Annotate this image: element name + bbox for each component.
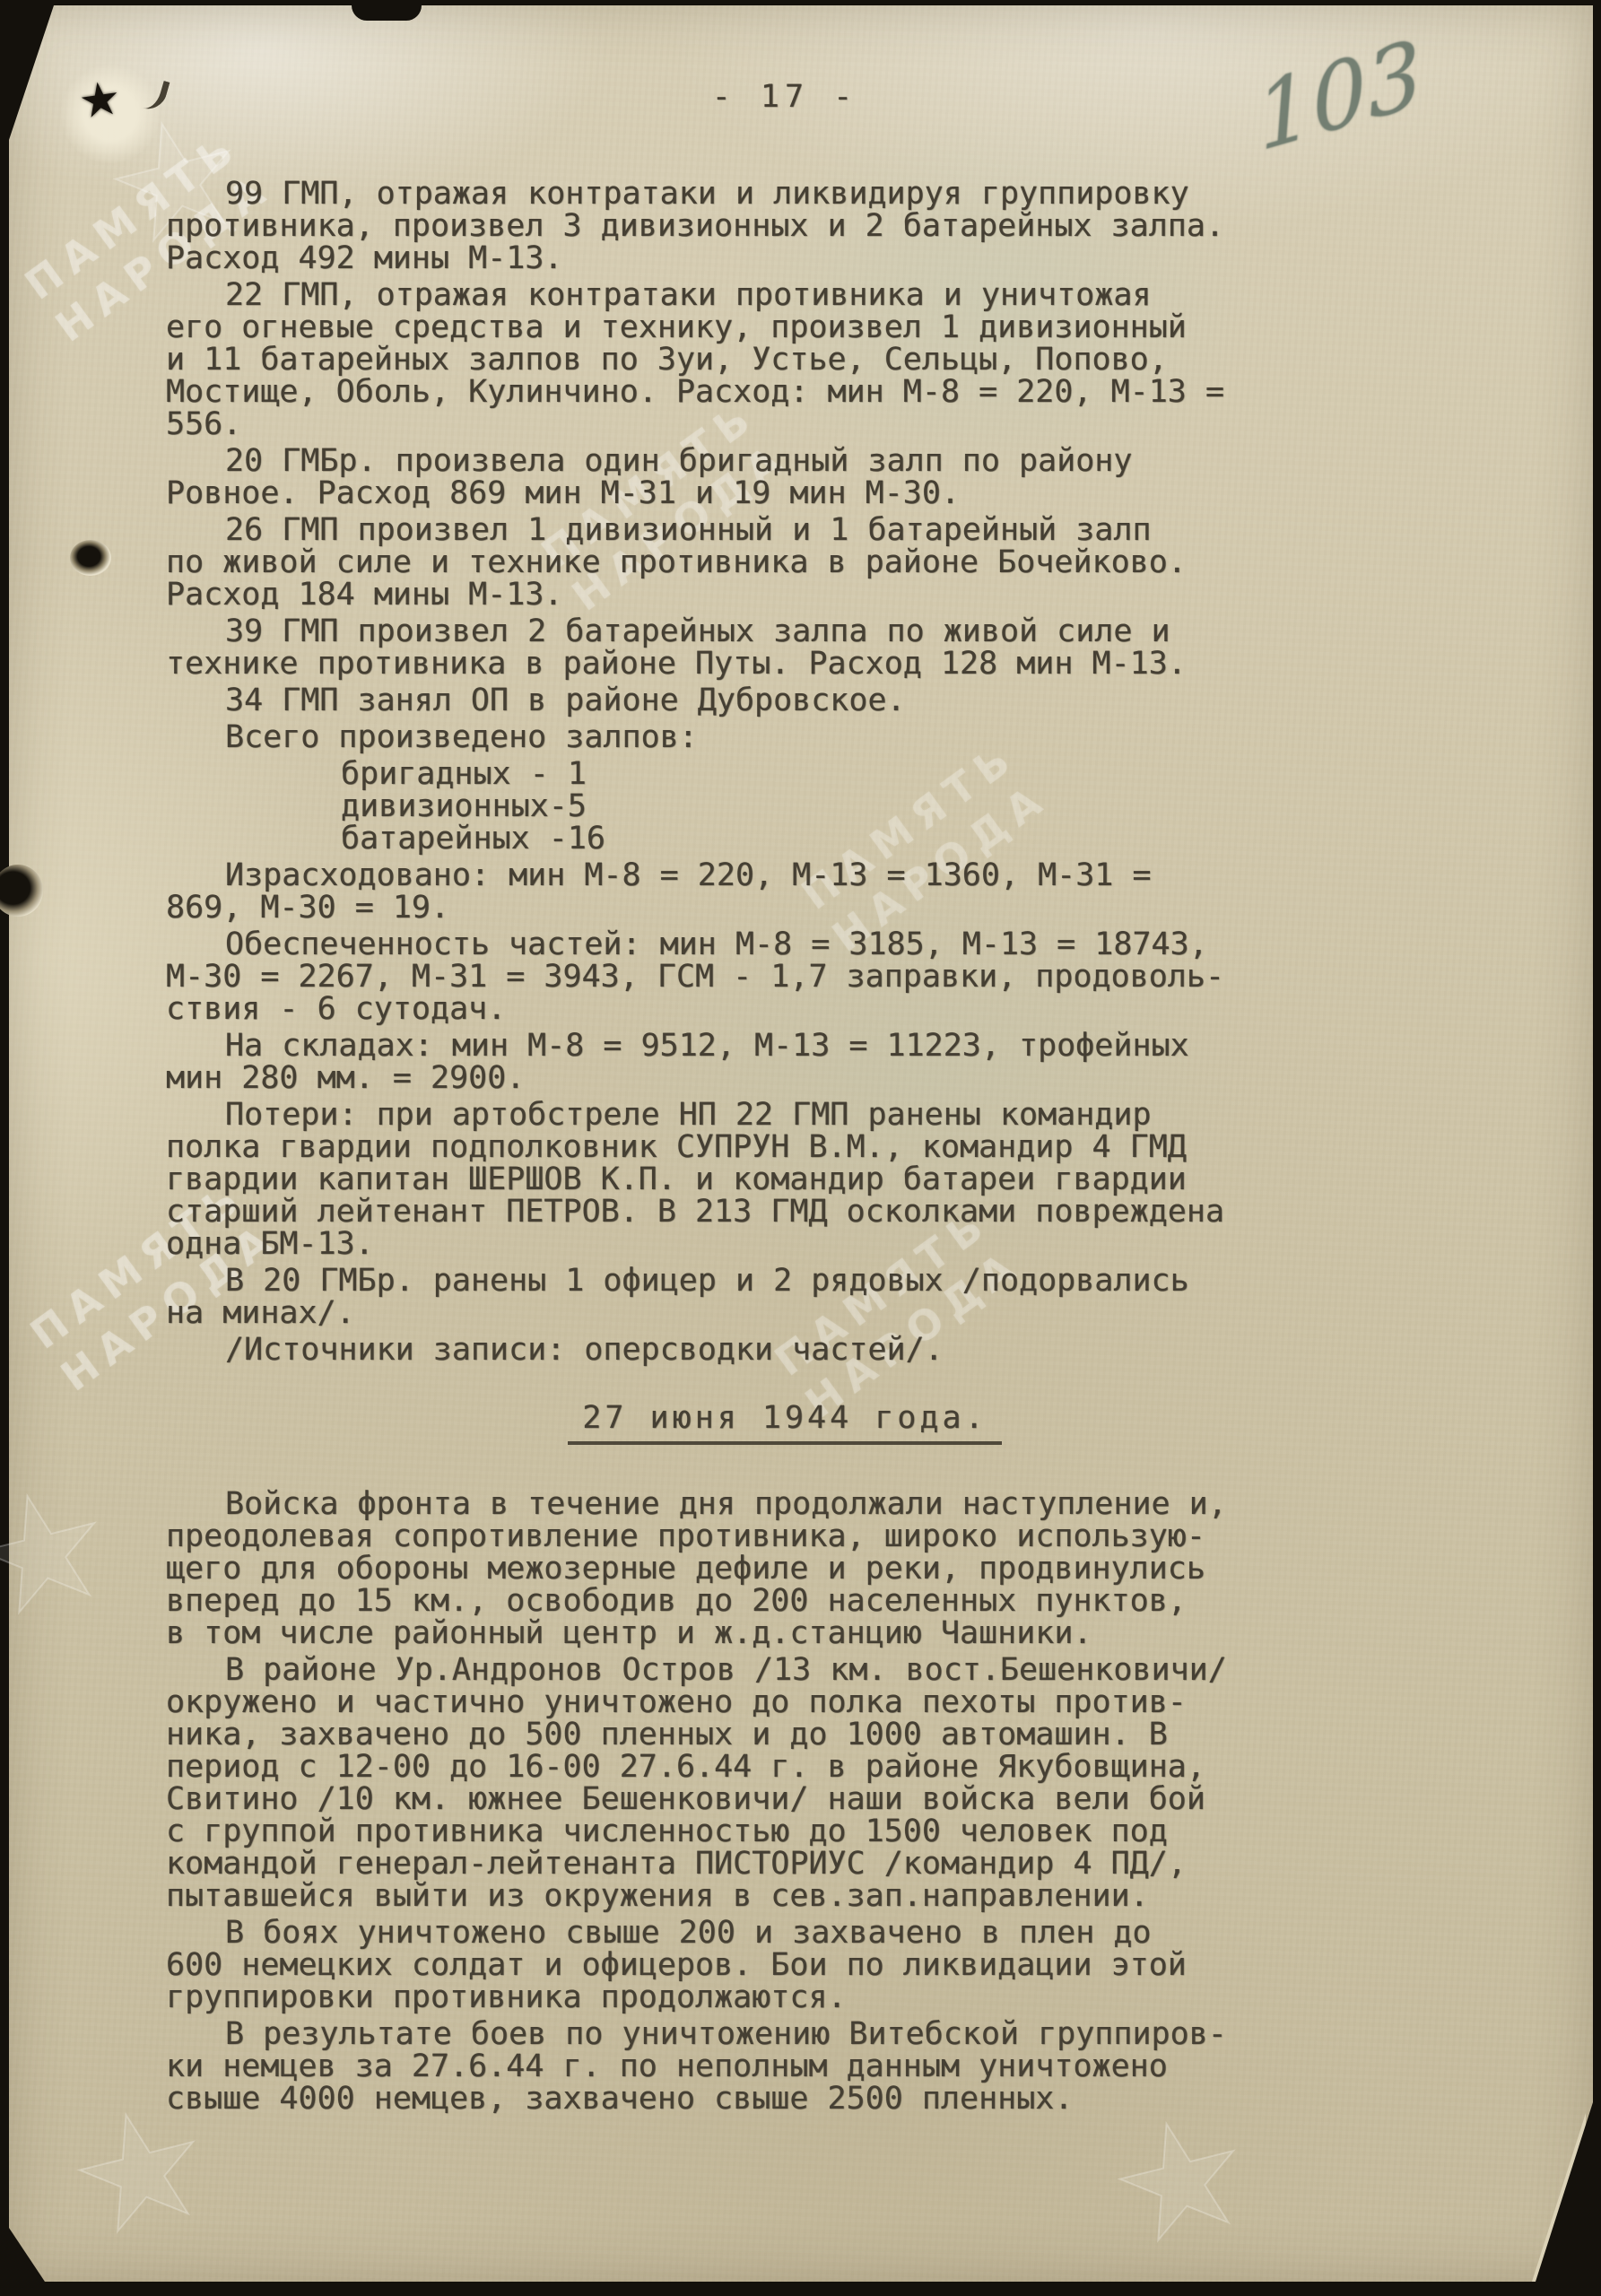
paragraph: Обеспеченность частей: мин М-8 = 3185, М… <box>166 928 1404 1025</box>
text-line: на минах/. <box>166 1297 1404 1329</box>
text-line: 99 ГМП, отражая контратаки и ликвидируя … <box>166 178 1404 210</box>
text-line: гвардии капитан ШЕРШОВ К.П. и командир б… <box>166 1163 1404 1196</box>
text-line: противника, произвел 3 дивизионных и 2 б… <box>166 210 1404 242</box>
paragraph: В 20 ГМБр. ранены 1 офицер и 2 рядовых /… <box>166 1265 1404 1329</box>
star-punch-hole-icon: ★ <box>76 74 124 126</box>
salvo-totals-list: бригадных - 1дивизионных-5батарейных -16 <box>166 758 1404 855</box>
text-line: вперед до 15 км., освободив до 200 насел… <box>166 1585 1404 1617</box>
text-line: мин 280 мм. = 2900. <box>166 1062 1404 1094</box>
paragraph: 99 ГМП, отражая контратаки и ликвидируя … <box>166 178 1404 274</box>
paragraph: В результате боев по уничтожению Витебск… <box>166 2018 1404 2115</box>
paragraph: /Источники записи: оперсводки частей/. <box>166 1334 1404 1366</box>
text-line: На складах: мин М-8 = 9512, М-13 = 11223… <box>166 1030 1404 1062</box>
text-line: старший лейтенант ПЕТРОВ. В 213 ГМД оско… <box>166 1196 1404 1228</box>
text-line: щего для обороны межозерные дефиле и рек… <box>166 1552 1404 1585</box>
paragraph: Всего произведено залпов: <box>166 721 1404 753</box>
edge-punch-hole <box>0 865 43 917</box>
text-line: командой генерал-лейтенанта ПИСТОРИУС /к… <box>166 1848 1404 1880</box>
page-number: - 17 - <box>166 81 1404 113</box>
text-line: ки немцев за 27.6.44 г. по неполным данн… <box>166 2050 1404 2083</box>
text-line: полка гвардии подполковник СУПРУН В.М., … <box>166 1131 1404 1163</box>
text-line: М-30 = 2267, М-31 = 3943, ГСМ - 1,7 запр… <box>166 961 1404 993</box>
text-line: 869, М-30 = 19. <box>166 891 1404 924</box>
text-line: 556. <box>166 408 1404 440</box>
paragraph: В боях уничтожено свыше 200 и захвачено … <box>166 1917 1404 2013</box>
text-line: окружено и частично уничтожено до полка … <box>166 1686 1404 1718</box>
text-line: с группой противника численностью до 150… <box>166 1815 1404 1848</box>
text-line: бригадных - 1 <box>341 758 1404 790</box>
text-line: Потери: при артобстреле НП 22 ГМП ранены… <box>166 1099 1404 1131</box>
text-line: период с 12-00 до 16-00 27.6.44 г. в рай… <box>166 1751 1404 1783</box>
paper-edge-notch <box>352 5 422 21</box>
text-line: технике противника в районе Путы. Расход… <box>166 648 1404 680</box>
text-line: в том числе районный центр и ж.д.станцию… <box>166 1617 1404 1649</box>
text-line: 26 ГМП произвел 1 дивизионный и 1 батаре… <box>166 514 1404 546</box>
paragraph: 22 ГМП, отражая контратаки противника и … <box>166 279 1404 440</box>
paragraph: 20 ГМБр. произвела один бригадный залп п… <box>166 445 1404 509</box>
text-line: 20 ГМБр. произвела один бригадный залп п… <box>166 445 1404 477</box>
paragraph: Потери: при артобстреле НП 22 ГМП ранены… <box>166 1099 1404 1260</box>
corner-fold <box>9 2228 45 2282</box>
paper-sheet: ПАМЯТЬ НАРОДА ПАМЯТЬ НАРОДА ПАМЯТЬ НАРОД… <box>9 5 1593 2282</box>
text-line: /Источники записи: оперсводки частей/. <box>166 1334 1404 1366</box>
text-line: Всего произведено залпов: <box>166 721 1404 753</box>
text-line: группировки противника продолжаются. <box>166 1981 1404 2013</box>
text-line: одна БМ-13. <box>166 1228 1404 1260</box>
text-line: В результате боев по уничтожению Витебск… <box>166 2018 1404 2050</box>
text-line: Расход 184 мины М-13. <box>166 578 1404 611</box>
text-line: Ровное. Расход 869 мин М-31 и 19 мин М-3… <box>166 477 1404 509</box>
paragraph: На складах: мин М-8 = 9512, М-13 = 11223… <box>166 1030 1404 1094</box>
text-line: 22 ГМП, отражая контратаки противника и … <box>166 279 1404 311</box>
text-line: 39 ГМП произвел 2 батарейных залпа по жи… <box>166 615 1404 648</box>
text-line: В боях уничтожено свыше 200 и захвачено … <box>166 1917 1404 1949</box>
text-line: по живой силе и технике противника в рай… <box>166 546 1404 578</box>
text-line: преодолевая сопротивление противника, ши… <box>166 1520 1404 1552</box>
text-line: 600 немецких солдат и офицеров. Бои по л… <box>166 1949 1404 1981</box>
paragraph: 39 ГМП произвел 2 батарейных залпа по жи… <box>166 615 1404 680</box>
text-line: батарейных -16 <box>341 822 1404 855</box>
scanned-archive-page: { "header": { "page_number": "- 17 -", "… <box>0 0 1601 2296</box>
typewritten-text: - 17 - 99 ГМП, отражая контратаки и ликв… <box>166 81 1404 2119</box>
text-line: В 20 ГМБр. ранены 1 офицер и 2 рядовых /… <box>166 1265 1404 1297</box>
text-line: дивизионных-5 <box>341 790 1404 822</box>
date-heading-row: 27 июня 1944 года. <box>166 1402 1404 1445</box>
text-line: Свитино /10 км. южнее Бешенковичи/ наши … <box>166 1783 1404 1815</box>
paragraph: Войска фронта в течение дня продолжали н… <box>166 1488 1404 1649</box>
text-line: ника, захвачено до 500 пленных и до 1000… <box>166 1718 1404 1751</box>
text-line: его огневые средства и технику, произвел… <box>166 311 1404 344</box>
paragraph: 26 ГМП произвел 1 дивизионный и 1 батаре… <box>166 514 1404 611</box>
scan-edge-corner <box>9 5 54 140</box>
text-line: пытавшейся выйти из окружения в сев.зап.… <box>166 1880 1404 1912</box>
text-line: Израсходовано: мин М-8 = 220, М-13 = 136… <box>166 859 1404 891</box>
paragraph: Израсходовано: мин М-8 = 220, М-13 = 136… <box>166 859 1404 924</box>
text-line: и 11 батарейных залпов по Зуи, Устье, Се… <box>166 344 1404 376</box>
paragraph: В районе Ур.Андронов Остров /13 км. вост… <box>166 1654 1404 1912</box>
paragraph: 34 ГМП занял ОП в районе Дубровское. <box>166 684 1404 717</box>
text-line: 34 ГМП занял ОП в районе Дубровское. <box>166 684 1404 717</box>
text-line: В районе Ур.Андронов Остров /13 км. вост… <box>166 1654 1404 1686</box>
document-body: 99 ГМП, отражая контратаки и ликвидируя … <box>166 178 1404 2115</box>
text-line: Обеспеченность частей: мин М-8 = 3185, М… <box>166 928 1404 961</box>
text-line: Войска фронта в течение дня продолжали н… <box>166 1488 1404 1520</box>
text-line: Расход 492 мины М-13. <box>166 242 1404 274</box>
text-line: ствия - 6 сутодач. <box>166 993 1404 1025</box>
punch-hole <box>70 540 111 576</box>
text-line: свыше 4000 немцев, захвачено свыше 2500 … <box>166 2083 1404 2115</box>
text-line: Мостище, Оболь, Кулинчино. Расход: мин М… <box>166 376 1404 408</box>
date-heading: 27 июня 1944 года. <box>568 1402 1001 1445</box>
star-watermark-icon: ★ <box>0 1462 126 1643</box>
